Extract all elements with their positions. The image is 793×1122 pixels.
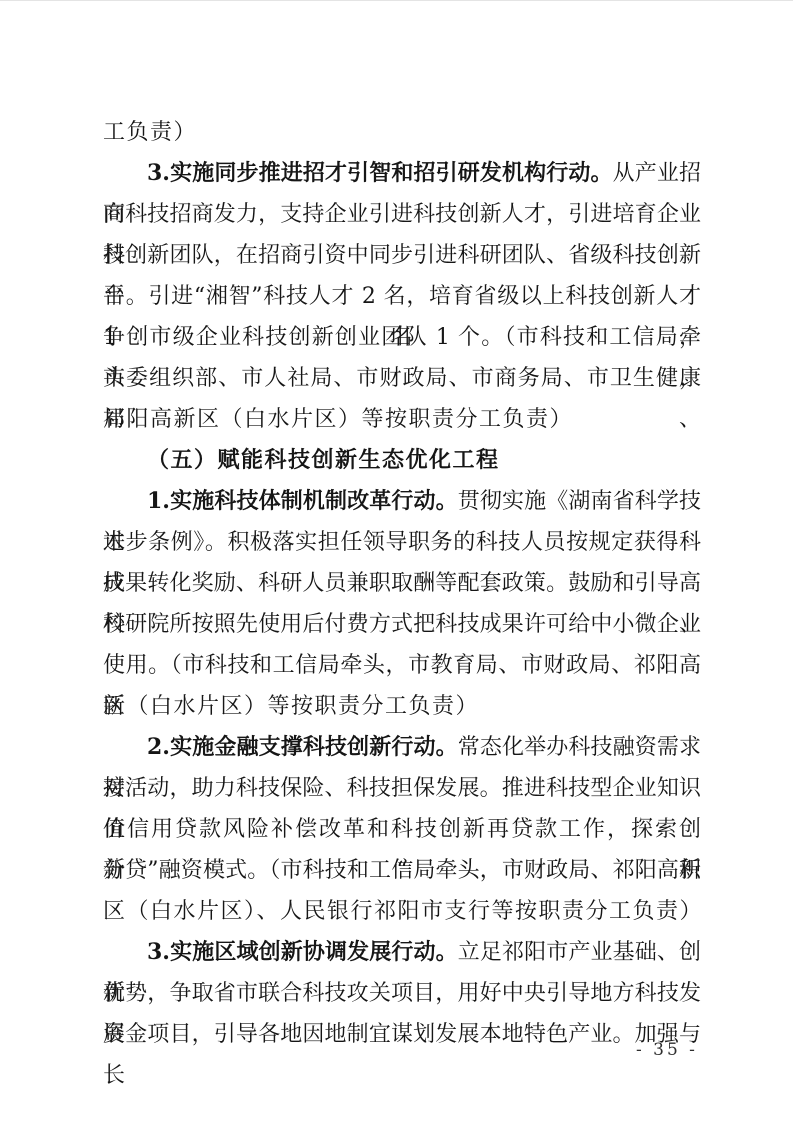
text-line: 值信用贷款风险补偿改革和科技创新再贷款工作，探索创新“积	[103, 809, 701, 850]
text-line: 3.实施同步推进招才引智和招引研发机构行动。从产业招商	[103, 153, 701, 194]
text-line: 3.实施区域创新协调发展行动。立足祁阳市产业基础、创新	[103, 932, 701, 973]
action-heading: 3.实施同步推进招才引智和招引研发机构行动。	[147, 160, 613, 186]
text-line: 进步条例》。积极落实担任领导职务的科技人员按规定获得科技	[103, 522, 701, 563]
text-line: 区（白水片区）等按职责分工负责）	[103, 686, 701, 727]
action-heading: （五）赋能科技创新生态优化工程	[147, 447, 500, 473]
action-heading: 3.实施区域创新协调发展行动。	[147, 939, 458, 965]
action-heading: 2.实施金融支撑科技创新行动。	[147, 734, 458, 760]
text-line: 技创新团队，在招商引资中同步引进科研团队、省级科技创新平	[103, 235, 701, 276]
text-line: 接活动，助力科技保险、科技担保发展。推进科技型企业知识价	[103, 768, 701, 809]
text-line: 科研院所按照先使用后付费方式把科技成果许可给中小微企业	[103, 604, 701, 645]
text-line: 区（白水片区）、人民银行祁阳市支行等按职责分工负责）	[103, 891, 701, 932]
document-body: 工负责）3.实施同步推进招才引智和招引研发机构行动。从产业招商向科技招商发力，支…	[103, 112, 701, 1055]
document-page: { "page": { "background": "#ffffff", "te…	[0, 0, 793, 1122]
text-line: 分贷”融资模式。（市科技和工信局牵头，市财政局、祁阳高新	[103, 850, 701, 891]
text-line: （五）赋能科技创新生态优化工程	[103, 440, 701, 481]
action-heading: 1.实施科技体制机制改革行动。	[147, 488, 458, 514]
text-line: 成果转化奖励、科研人员兼职取酬等配套政策。鼓励和引导高校、	[103, 563, 701, 604]
text-line: 争创市级企业科技创新创业团队 1 个。（市科技和工信局牵头，	[103, 317, 701, 358]
text-line: 使用。（市科技和工信局牵头，市教育局、市财政局、祁阳高新	[103, 645, 701, 686]
text-line: 工负责）	[103, 112, 701, 153]
text-line: 2.实施金融支撑科技创新行动。常态化举办科技融资需求对	[103, 727, 701, 768]
text-line: 市委组织部、市人社局、市财政局、市商务局、市卫生健康局、	[103, 358, 701, 399]
text-line: 1.实施科技体制机制改革行动。贯彻实施《湖南省科学技术	[103, 481, 701, 522]
text-line: 资金项目，引导各地因地制宜谋划发展本地特色产业。加强与长	[103, 1014, 701, 1055]
page-top-edge	[0, 0, 793, 1]
text-line: 向科技招商发力，支持企业引进科技创新人才，引进培育企业科	[103, 194, 701, 235]
text-line: 台。引进“湘智”科技人才 2 名，培育省级以上科技创新人才 1 名，	[103, 276, 701, 317]
text-line: 优势，争取省市联合科技攻关项目，用好中央引导地方科技发展	[103, 973, 701, 1014]
page-number: - 35 -	[636, 1040, 698, 1060]
